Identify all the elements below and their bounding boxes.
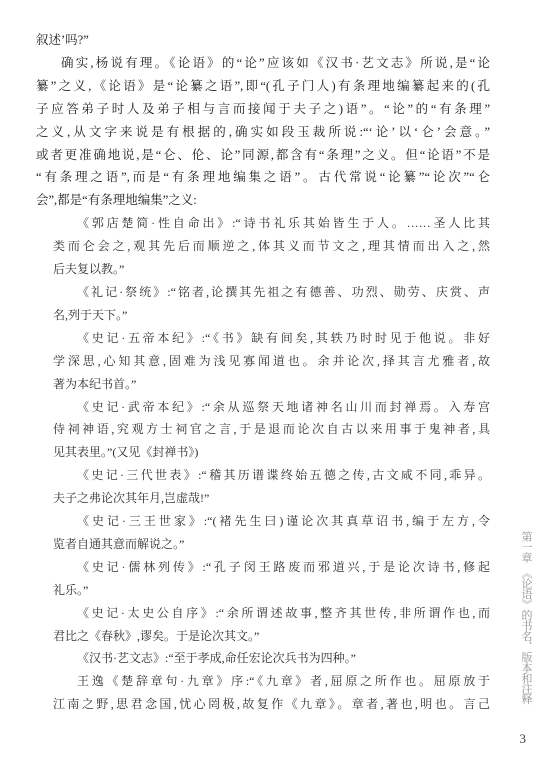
book-page: 叙述’吗?” 确实,杨说有理。《论语》的“论”应该如《汉书·艺文志》所说,是“论… <box>0 0 557 772</box>
main-text: 叙述’吗?” 确实,杨说有理。《论语》的“论”应该如《汉书·艺文志》所说,是“论… <box>36 29 490 716</box>
text-line: “有条理之语”,而是“有条理地编集之语”。古代常说“论纂”“论次”“仑 <box>36 166 490 189</box>
text-line: 或者更准确地说,是“仑、伦、论”同源,都含有“条理”之义。但“论语”不是 <box>36 144 490 167</box>
quote-line: 类而仑会之,观其先后而顺逆之,体其义而节文之,理其情而出入之,然 <box>53 235 490 258</box>
text-line: 会”,都是“有条理地编集”之义: <box>36 189 490 212</box>
quote-line: 《史记·三代世表》:“稽其历谱谍终始五德之传,古文咸不同,乖异。 <box>53 464 490 487</box>
chapter-title-vertical: 第一章 《论语》的书名、版本和注释 <box>518 531 534 716</box>
quote-line: 侍祠神语,究观方士祠官之言,于是退而论次自古以来用事于鬼神者,具 <box>53 418 490 441</box>
text-line: 纂”之义,《论语》是“论纂之语”,即“(孔子门人)有条理地编纂起来的(孔 <box>36 75 490 98</box>
quote-line: 王逸《楚辞章句·九章》序:“《九章》者,屈原之所作也。屈原放于 <box>53 670 490 693</box>
quote-line: 《郭店楚简·性自命出》:“诗书礼乐其始皆生于人。……圣人比其 <box>53 212 490 235</box>
quote-line: 《汉书·艺文志》:“至于孝成,命任宏论次兵书为四种。” <box>53 647 490 670</box>
quote-line: 学深思,心知其意,固难为浅见寡闻道也。余并论次,择其言尤雅者,故 <box>53 350 490 373</box>
quote-line: 《史记·五帝本纪》:“《书》缺有间矣,其轶乃时时见于他说。非好 <box>53 327 490 350</box>
text-line: 确实,杨说有理。《论语》的“论”应该如《汉书·艺文志》所说,是“论 <box>36 52 490 75</box>
text-line: 之义,从文字来说是有根据的,确实如段玉裁所说:“‘论’以‘仑’会意。” <box>36 121 490 144</box>
quote-line: 君比之《春秋》,谬矣。于是论次其文。” <box>53 625 490 648</box>
quote-line: 江南之野,思君念国,忧心罔极,故复作《九章》。章者,著也,明也。言己 <box>53 693 490 716</box>
quote-line: 《礼记·祭统》:“铭者,论撰其先祖之有德善、功烈、勋劳、庆赏、声 <box>53 281 490 304</box>
quote-line: 《史记·三王世家》:“(褚先生曰)谨论次其真草诏书,编于左方,令 <box>53 510 490 533</box>
quote-line: 名,列于天下。” <box>53 304 490 327</box>
quote-line: 览者自通其意而解说之。” <box>53 533 490 556</box>
text-line: 子应答弟子时人及弟子相与言而接闻于夫子之)语”。“论”的“有条理” <box>36 98 490 121</box>
quote-line: 夫子之弗论次其年月,岂虚哉!” <box>53 487 490 510</box>
quote-line: 见其表里。”(又见《封禅书》) <box>53 441 490 464</box>
quote-line: 著为本纪书首。” <box>53 373 490 396</box>
quote-line: 《史记·儒林列传》:“孔子闵王路废而邪道兴,于是论次诗书,修起 <box>53 556 490 579</box>
quote-line: 后夫复以教。” <box>53 258 490 281</box>
quote-line: 《史记·武帝本纪》:“余从巡祭天地诸神名山川而封禅焉。入寿宫 <box>53 396 490 419</box>
quote-line: 《史记·太史公自序》:“余所谓述故事,整齐其世传,非所谓作也,而 <box>53 602 490 625</box>
quote-line: 礼乐。” <box>53 579 490 602</box>
page-number: 3 <box>520 731 527 747</box>
text-line: 叙述’吗?” <box>36 29 490 52</box>
